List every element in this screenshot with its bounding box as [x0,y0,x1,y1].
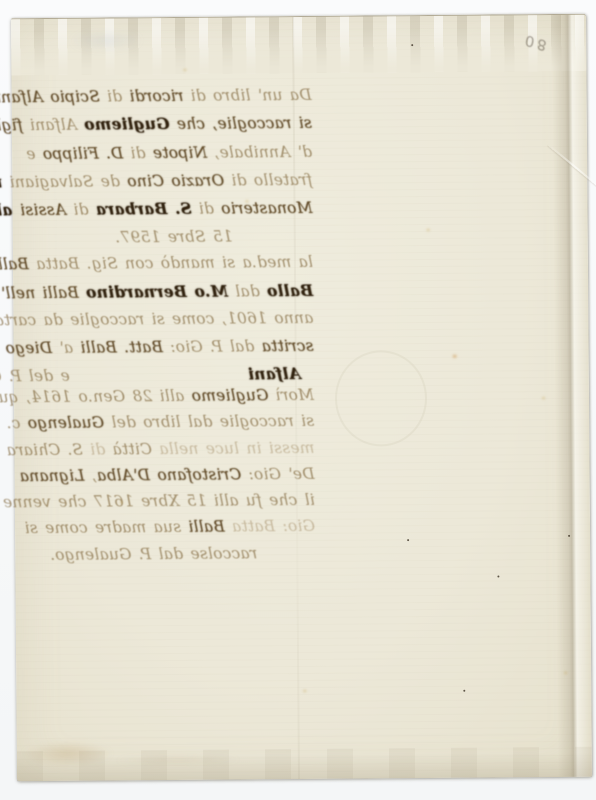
handwriting-segment: Balli [35,283,86,301]
handwriting-segment: Nipote [153,143,208,161]
handwriting-segment: Gio: Batta [225,517,315,536]
handwriting-segment: di [123,144,153,162]
handwriting-line: scritta dal P. Gio: Batt. Balli a' Diego [32,333,313,363]
handwriting-segment: Scipio Alfani [0,88,100,107]
handwriting-segment: Sig. Batta [29,254,118,273]
handwriting-segment: di [191,200,221,218]
handwriting-segment: alli 28 Gen.o 1614, qual [0,387,192,407]
handwriting-segment: Assisi [20,201,66,219]
bleedthrough-paragraph: la med.a si mandò con Sig. Batta BalliBa… [32,249,314,391]
handwriting-segment: dal P. Gio: [163,337,262,356]
manuscript-page: 80 Da un' libro di ricordi di Scipio Alf… [11,14,592,781]
handwriting-line: raccolse dal P. Gualengo. [34,540,315,569]
handwriting-segment: e [26,145,43,163]
handwriting-segment: raccolse dal P. Gualengo. [50,544,257,564]
handwriting-line: messi in luce nella Città di S. Chiara [33,434,314,463]
handwriting-segment: , [84,467,96,485]
handwriting-segment: Diego [5,339,52,357]
handwriting-segment: nell' [0,172,2,191]
handwriting-segment: Ballo [267,280,313,299]
handwriting-segment: che venne [3,493,94,512]
ink-speck [463,690,465,692]
handwriting-segment: di [83,440,113,458]
handwriting-segment: Da un' libro di [183,86,311,105]
handwriting-segment: alli [0,200,20,219]
handwriting-segment: fratello di [224,171,312,190]
handwriting-segment: nell' [1,284,35,302]
foxing-spot [426,228,431,232]
handwriting-segment: Orazio Cino [127,171,224,190]
handwriting-segment: di [66,201,96,219]
handwriting-line: si raccoglie, che Gugliemo Alfani figlio [31,109,312,140]
watermark-ghost [335,350,428,447]
handwriting-segment: di [100,87,130,105]
handwriting-segment: Batt. Balli [80,338,163,357]
handwriting-segment: D. Filippo [43,144,124,163]
handwriting-segment: Città [112,440,152,458]
handwriting-segment: si raccoglie dal libro del [104,412,314,432]
handwriting-segment: Monasterio [221,199,313,218]
handwriting-segment: Alfani [248,364,301,383]
ink-speck [407,539,409,541]
handwriting-line: fratello di Orazio Cino de Salvagiani ne… [31,166,312,197]
bleedthrough-paragraph: Da un' libro di ricordi di Scipio Alfani… [31,81,313,253]
bleedthrough-text-block: Da un' libro di ricordi di Scipio Alfani… [31,81,316,603]
handwriting-segment: la med.a si mandò con [118,253,313,273]
handwriting-line: il che fu alli 15 Xbre 1617 che venne [34,487,315,516]
handwriting-segment: Morì [268,386,314,404]
handwriting-segment: a' [52,339,80,357]
handwriting-segment: de Salvagiani [2,172,127,191]
handwriting-segment: Lignana [19,467,84,486]
handwriting-segment: ricordi [129,87,183,105]
handwriting-segment: Gugliemo [191,386,268,405]
handwriting-segment: sua madre come si [24,518,188,537]
handwriting-segment: come si raccoglie da carta bi [0,310,214,330]
handwriting-segment: dal [228,282,267,300]
handwriting-segment: De' Gio: [241,465,315,484]
paper-bottom-edge [17,747,592,782]
handwriting-segment: S. Barbara [96,199,192,219]
handwriting-segment: il che fu alli [206,491,314,510]
handwriting-segment: Gualengo [27,414,104,433]
handwriting-line: Morì Gugliemo alli 28 Gen.o 1614, qual [33,382,314,411]
bleedthrough-paragraph: Morì Gugliemo alli 28 Gen.o 1614, qualsi… [33,382,315,568]
handwriting-segment: anno 1601, [214,309,313,328]
handwriting-segment: 15 Xbre 1617 [93,492,206,511]
scanner-background: 80 Da un' libro di ricordi di Scipio Alf… [0,0,596,800]
handwriting-segment: M.o Bernardino [86,281,228,301]
handwriting-segment: d' Annibale, [207,143,312,162]
ink-speck [497,575,499,577]
handwriting-segment: Balli [188,518,225,536]
foxing-spot [302,689,307,693]
handwriting-line: la med.a si mandò con Sig. Batta Balli [32,249,313,279]
handwriting-segment: c. [6,414,27,432]
handwriting-line: anno 1601, come si raccoglie da carta bi [32,305,313,335]
foxing-spot [541,396,546,400]
handwriting-segment: messi in luce nella [152,438,315,457]
handwriting-line: Monasterio di S. Barbara di Assisi alli [31,194,312,225]
paper-cockling-top-edge [11,15,586,76]
handwriting-segment: S. Chiara [6,440,83,459]
handwriting-line: Ballo dal M.o Bernardino Balli nell' [32,276,313,307]
handwriting-segment: scritta [261,337,313,355]
fold-crease-right [552,15,592,777]
handwriting-line: De' Gio: Cristofano D'Alba, Lignana [34,461,315,490]
handwriting-segment: Balli [0,255,29,273]
handwriting-segment: Gugliemo [84,114,169,134]
handwriting-line: Gio: Batta Balli sua madre come si [34,513,315,542]
handwriting-line: Da un' libro di ricordi di Scipio Alfani [31,81,312,112]
foxing-spot [452,354,458,359]
handwriting-segment: Cristofano D'Alba [97,465,242,484]
handwriting-segment: 15 Sbre 1597. [115,228,233,247]
handwriting-segment: Alfani [23,116,85,134]
handwriting-line: si raccoglie dal libro del Gualengo c. [33,408,314,437]
handwriting-segment: figlio [0,116,23,134]
handwriting-line: d' Annibale, Nipote di D. Filippo e [31,138,312,169]
handwriting-segment: si raccoglie, che [169,114,312,133]
